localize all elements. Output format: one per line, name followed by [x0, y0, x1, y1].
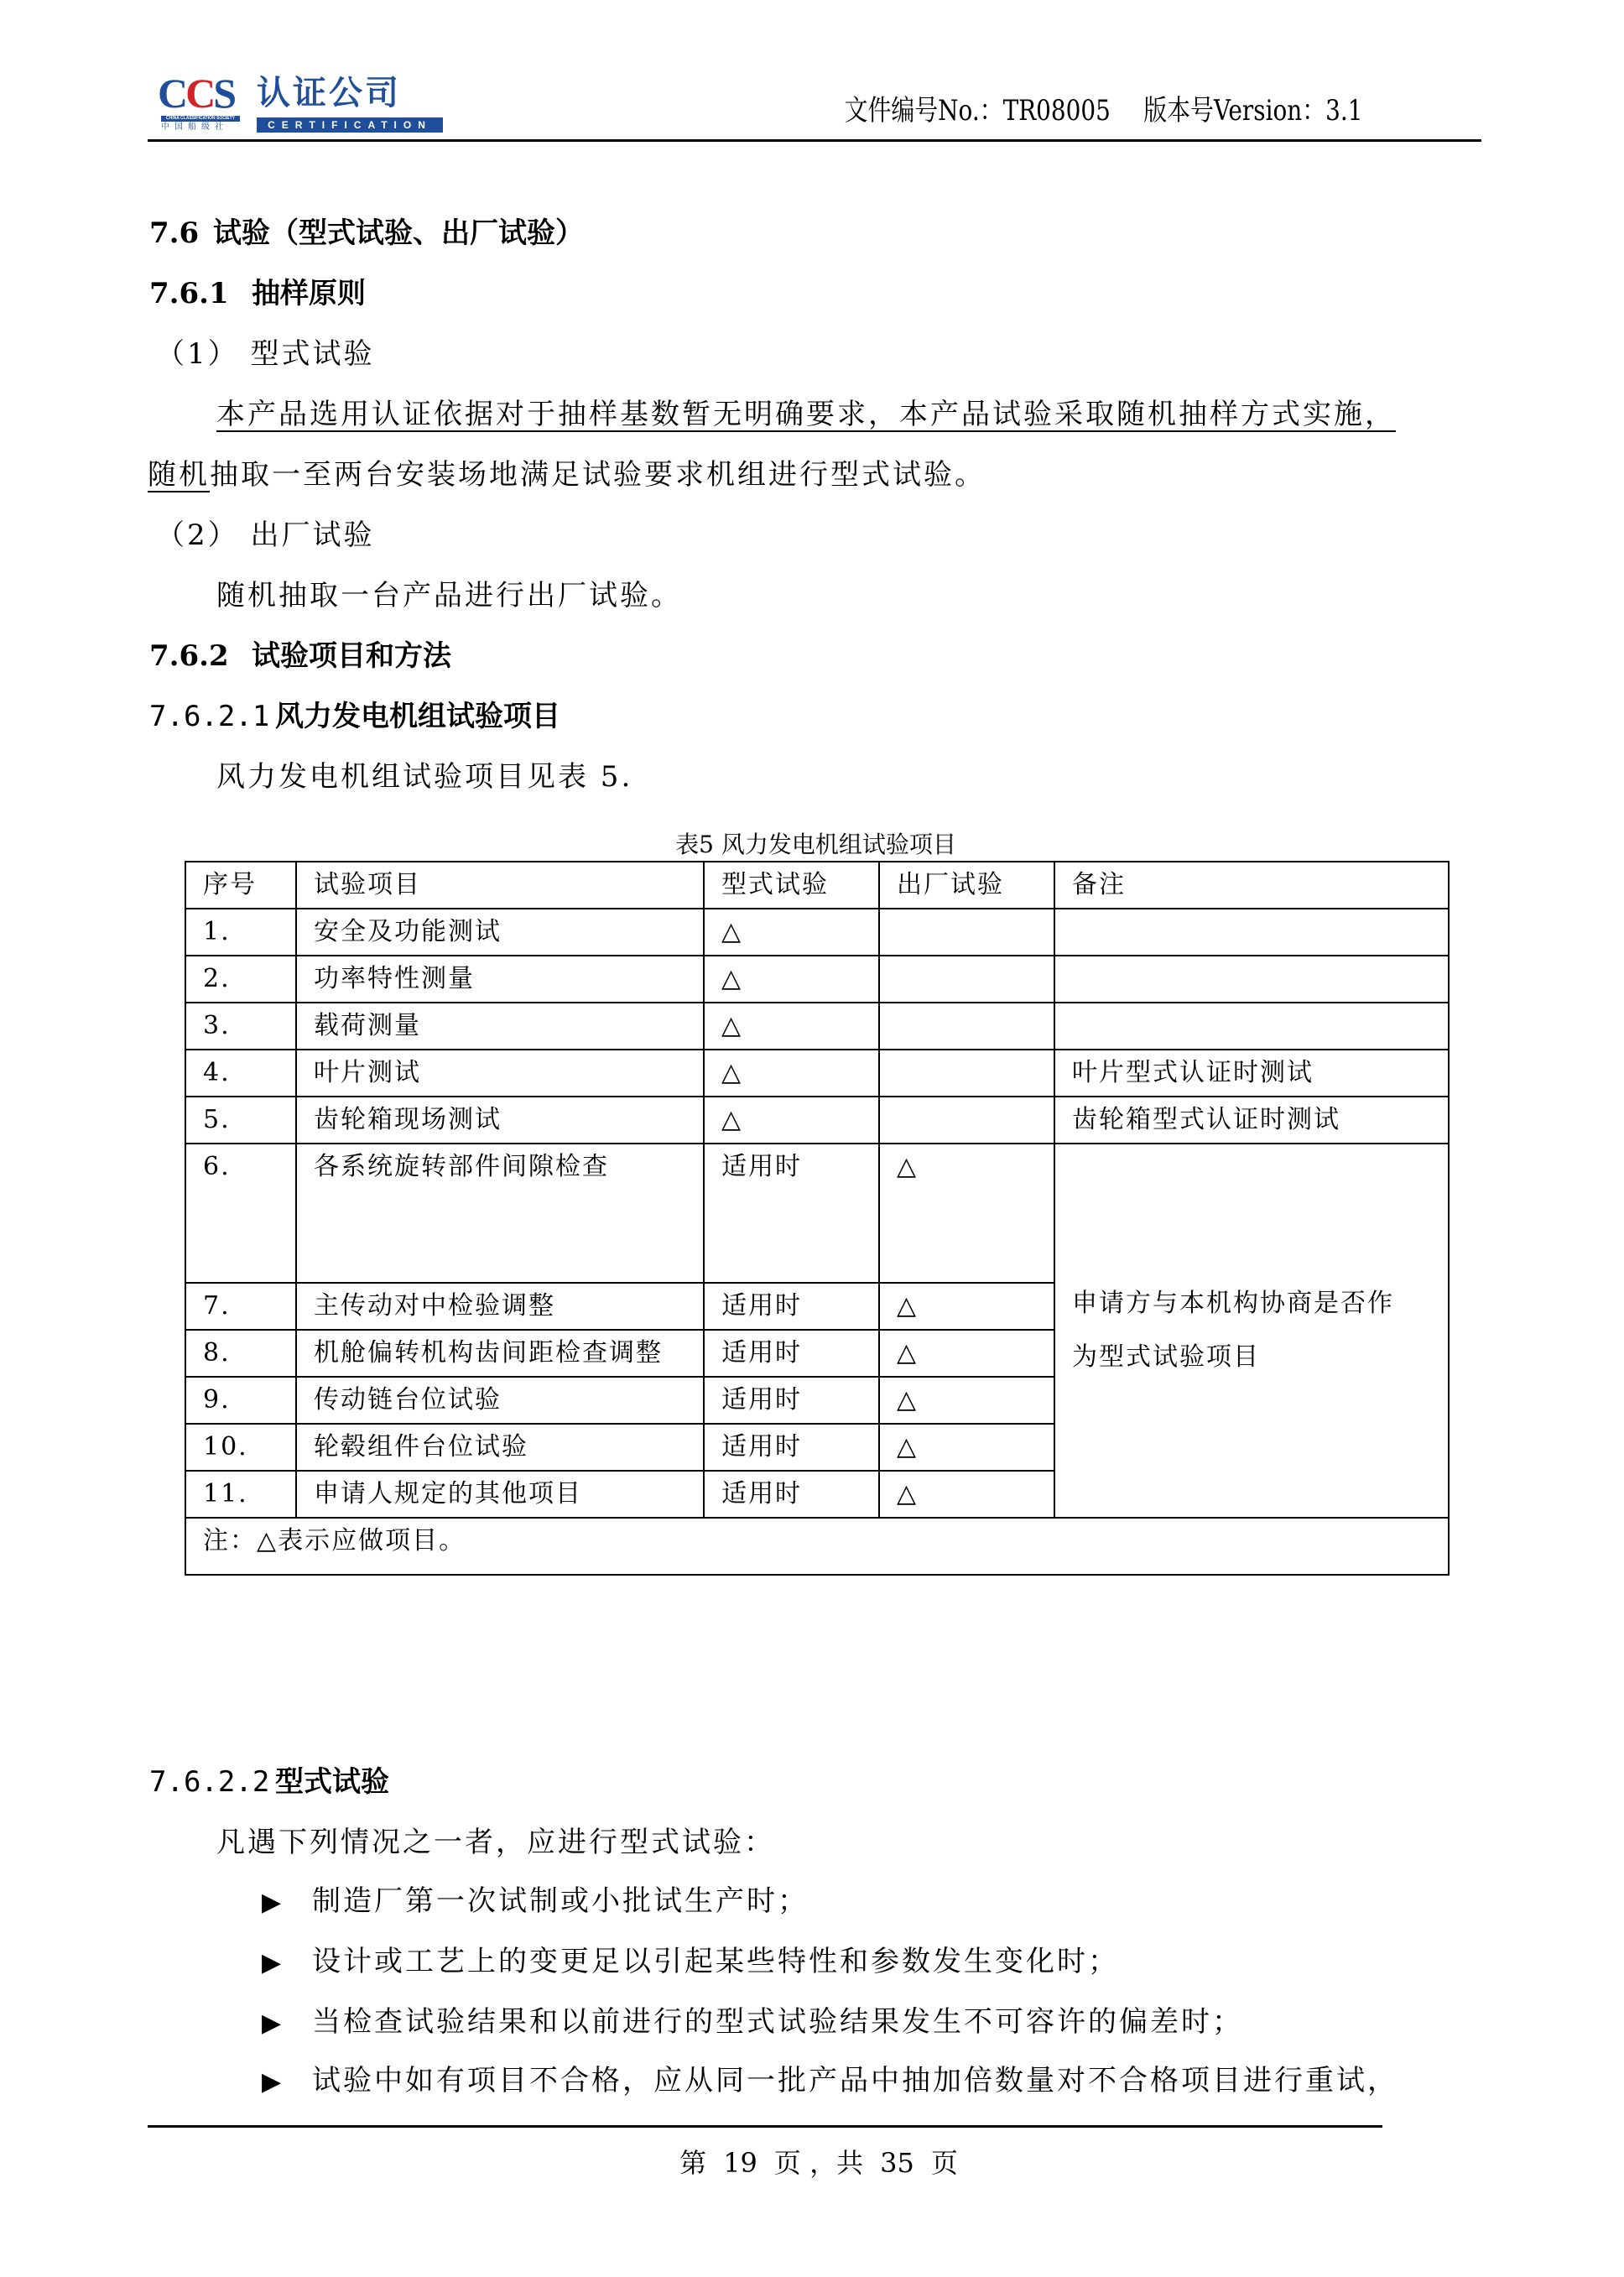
cell-factory-test: △ [879, 1424, 1054, 1471]
cell-item: 申请人规定的其他项目 [296, 1471, 704, 1518]
header-cell-no: 序号 [185, 862, 296, 909]
bullet-item: ▶设计或工艺上的变更足以引起某些特性和参数发生变化时； [262, 1945, 1119, 1980]
cell-factory-test [879, 1003, 1054, 1050]
cell-item: 齿轮箱现场测试 [296, 1097, 704, 1144]
bullet-item: ▶当检查试验结果和以前进行的型式试验结果发生不可容许的偏差时； [262, 2005, 1243, 2040]
table-note: 注：△表示应做项目。 [185, 1518, 1449, 1575]
doc-version: 版本号Version：3.1 [1143, 94, 1362, 128]
cell-no: 5. [185, 1097, 296, 1144]
cell-factory-test [879, 909, 1054, 956]
header-cell-remark: 备注 [1054, 862, 1449, 909]
current-page: 19 [723, 2147, 757, 2179]
cell-type-test: △ [704, 909, 879, 956]
logo-company-cn: 认证公司 [257, 74, 401, 112]
cell-no: 9. [185, 1377, 296, 1424]
table-note-row: 注：△表示应做项目。 [185, 1518, 1449, 1575]
cell-no: 11. [185, 1471, 296, 1518]
document-meta: 文件编号No.：TR08005版本号Version：3.1 [844, 94, 1362, 128]
arrow-bullet-icon: ▶ [262, 1886, 312, 1920]
cell-type-test: 适用时 [704, 1424, 879, 1471]
cell-factory-test [879, 1097, 1054, 1144]
table-header-row: 序号 试验项目 型式试验 出厂试验 备注 [185, 862, 1449, 909]
logo-company-en: CERTIFICATION [257, 117, 443, 133]
header-cell-factory-test: 出厂试验 [879, 862, 1054, 909]
cell-remark: 叶片型式认证时测试 [1054, 1050, 1449, 1097]
paragraph-type-test-conditions: 凡遇下列情况之一者，应进行型式试验： [216, 1826, 775, 1859]
cell-item: 各系统旋转部件间隙检查 [296, 1144, 704, 1283]
cell-factory-test: △ [879, 1330, 1054, 1377]
arrow-bullet-icon: ▶ [262, 1946, 312, 1980]
logo-ccs-text: CCS [158, 72, 234, 114]
subheading-type-test: （1） 型式试验 [156, 337, 374, 371]
table-caption: 表5 风力发电机组试验项目 [185, 831, 1447, 859]
arrow-bullet-icon: ▶ [262, 2066, 312, 2099]
table-row: 3. 载荷测量 △ [185, 1003, 1449, 1050]
ccs-certification-logo: CCS CHINA CLASSIFICATION SOCIETY 中国船级社 认… [158, 72, 450, 133]
cell-type-test: △ [704, 956, 879, 1003]
subheading-factory-test: （2） 出厂试验 [156, 518, 374, 552]
cell-no: 10. [185, 1424, 296, 1471]
cell-no: 6. [185, 1144, 296, 1283]
cell-type-test: 适用时 [704, 1283, 879, 1330]
paragraph-factory-test: 随机抽取一台产品进行出厂试验。 [216, 579, 682, 612]
table-row: 4. 叶片测试 △ 叶片型式认证时测试 [185, 1050, 1449, 1097]
cell-type-test: 适用时 [704, 1330, 879, 1377]
cell-factory-test: △ [879, 1144, 1054, 1283]
cell-no: 7. [185, 1283, 296, 1330]
cell-type-test: 适用时 [704, 1471, 879, 1518]
total-pages: 35 [880, 2147, 914, 2179]
table-row: 2. 功率特性测量 △ [185, 956, 1449, 1003]
paragraph-sampling-line1: 本产品选用认证依据对于抽样基数暂无明确要求，本产品试验采取随机抽样方式实施， [216, 398, 1396, 431]
heading-7-6: 7.6试验（型式试验、出厂试验） [149, 216, 584, 250]
paragraph-table-ref: 风力发电机组试验项目见表 5. [216, 760, 632, 794]
cell-item: 传动链台位试验 [296, 1377, 704, 1424]
heading-7-6-2-1: 7.6.2.1风力发电机组试验项目 [149, 700, 560, 733]
cell-no: 4. [185, 1050, 296, 1097]
bullet-item: ▶试验中如有项目不合格，应从同一批产品中抽加倍数量对不合格项目进行重试， [262, 2064, 1398, 2099]
heading-7-6-1: 7.6.1抽样原则 [149, 277, 366, 310]
cell-remark: 齿轮箱型式认证时测试 [1054, 1097, 1449, 1144]
header-cell-item: 试验项目 [296, 862, 704, 909]
cell-no: 8. [185, 1330, 296, 1377]
footer-divider [148, 2125, 1382, 2128]
cell-factory-test [879, 1050, 1054, 1097]
cell-remark [1054, 909, 1449, 956]
cell-item: 功率特性测量 [296, 956, 704, 1003]
cell-no: 2. [185, 956, 296, 1003]
cell-item: 主传动对中检验调整 [296, 1283, 704, 1330]
table-row: 6. 各系统旋转部件间隙检查 适用时 △ 申请方与本机构协商是否作为型式试验项目 [185, 1144, 1449, 1283]
cell-remark-merged: 申请方与本机构协商是否作为型式试验项目 [1054, 1144, 1449, 1518]
arrow-bullet-icon: ▶ [262, 2007, 312, 2040]
cell-type-test: △ [704, 1050, 879, 1097]
table-row: 1. 安全及功能测试 △ [185, 909, 1449, 956]
header-divider [148, 139, 1481, 142]
cell-item: 轮毂组件台位试验 [296, 1424, 704, 1471]
bullet-item: ▶制造厂第一次试制或小批试生产时； [262, 1884, 809, 1920]
cell-factory-test: △ [879, 1377, 1054, 1424]
logo-society-cn: 中国船级社 [161, 122, 228, 133]
cell-type-test: 适用时 [704, 1144, 879, 1283]
cell-type-test: 适用时 [704, 1377, 879, 1424]
page-number: 第19页 ，共35页 [148, 2146, 1490, 2180]
cell-item: 安全及功能测试 [296, 909, 704, 956]
cell-item: 载荷测量 [296, 1003, 704, 1050]
cell-no: 3. [185, 1003, 296, 1050]
cell-remark [1054, 956, 1449, 1003]
cell-remark [1054, 1003, 1449, 1050]
test-items-table: 序号 试验项目 型式试验 出厂试验 备注 1. 安全及功能测试 △ 2. 功率特… [185, 861, 1450, 1576]
paragraph-sampling-line2: 随机抽取一至两台安装场地满足试验要求机组进行型式试验。 [148, 458, 986, 492]
cell-no: 1. [185, 909, 296, 956]
heading-7-6-2: 7.6.2试验项目和方法 [149, 639, 451, 673]
cell-type-test: △ [704, 1097, 879, 1144]
doc-number: 文件编号No.：TR08005 [844, 94, 1110, 128]
heading-7-6-2-2: 7.6.2.2型式试验 [149, 1765, 389, 1799]
cell-type-test: △ [704, 1003, 879, 1050]
cell-item: 机舱偏转机构齿间距检查调整 [296, 1330, 704, 1377]
header-cell-type-test: 型式试验 [704, 862, 879, 909]
cell-factory-test: △ [879, 1283, 1054, 1330]
cell-factory-test: △ [879, 1471, 1054, 1518]
cell-factory-test [879, 956, 1054, 1003]
logo-society-en: CHINA CLASSIFICATION SOCIETY [161, 116, 240, 122]
cell-item: 叶片测试 [296, 1050, 704, 1097]
table-row: 5. 齿轮箱现场测试 △ 齿轮箱型式认证时测试 [185, 1097, 1449, 1144]
